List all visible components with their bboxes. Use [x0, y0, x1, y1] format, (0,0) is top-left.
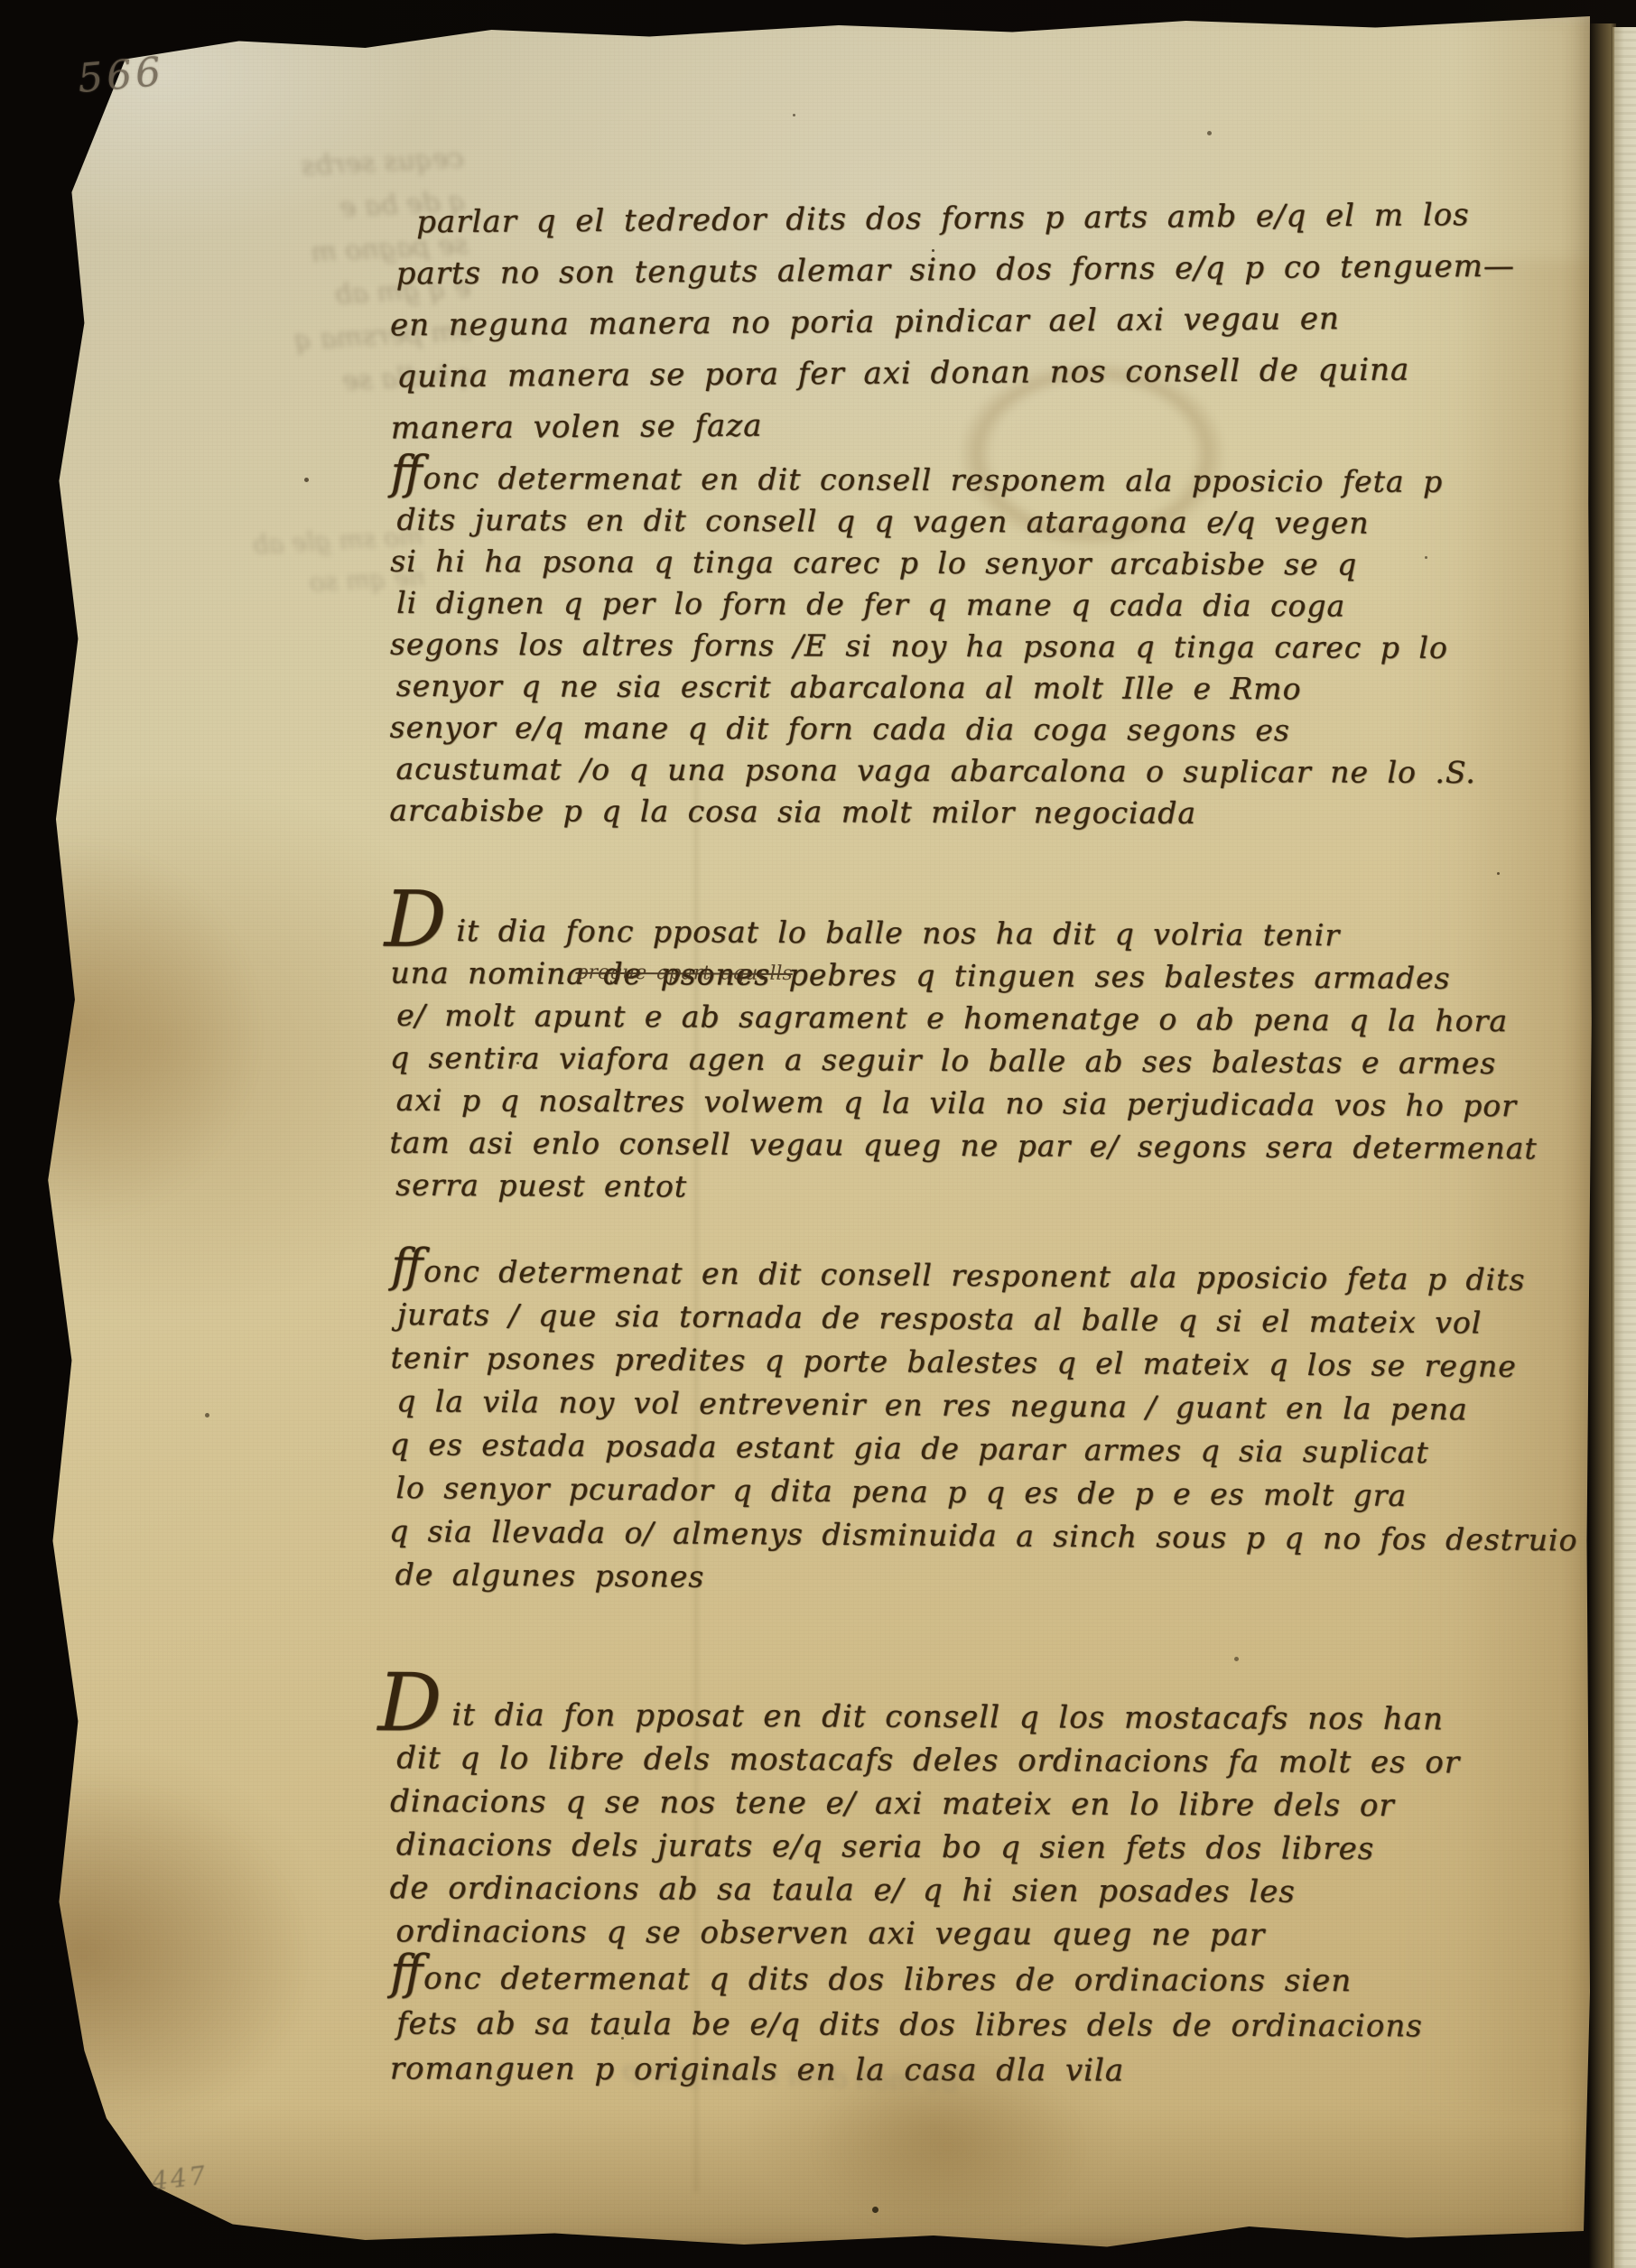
text-layer: parlar q el tedredor dits dos forns p ar… [0, 0, 1636, 2268]
manuscript-line: senyor q ne sia escrit abarcalona al mol… [396, 665, 1537, 711]
interline-correction: pregue apart aquells [575, 952, 793, 995]
manuscript-line: acustumat /o q una psona vaga abarcalona… [395, 748, 1536, 794]
paragraph-initial: D [385, 891, 448, 950]
manuscript-line: de ordinacions ab sa taula e/ q hi sien … [390, 1866, 1537, 1915]
paragraph-6: ffonc determenat q dits dos libres de or… [390, 1950, 1537, 2094]
manuscript-line: q sentira viafora agen a seguir lo balle… [390, 1036, 1537, 1085]
line-text: it dia fonc pposat lo balle nos ha dit q… [456, 913, 1340, 953]
manuscript-line: Dit dia fon pposat en dit consell q los … [390, 1668, 1537, 1742]
paragraph-3: pregue apart aquells Dit dia fonc pposat… [389, 886, 1538, 1213]
manuscript-line: Dit dia fonc pposat lo balle nos ha dit … [397, 886, 1538, 958]
manuscript-line: ffonc determenat en dit consell responem… [391, 453, 1538, 503]
manuscript-line: dinacions q se nos tene e/ axi mateix en… [390, 1780, 1537, 1828]
manuscript-line: li dignen q per lo forn de fer q mane q … [396, 582, 1537, 627]
manuscript-line: ffonc determenat q dits dos libres de or… [390, 1950, 1537, 2003]
line-text: it dia fon pposat en dit consell q los m… [451, 1697, 1444, 1738]
manuscript-line: si hi ha psona q tinga carec p lo senyor… [390, 541, 1537, 586]
manuscript-line: parlar q el tedredor dits dos forns p ar… [389, 190, 1536, 249]
line-text: onc determenat en dit consell responent … [423, 1253, 1526, 1297]
paragraph-2: ffonc determenat en dit consell responem… [389, 453, 1537, 835]
paragraph-initial: ff [391, 447, 420, 500]
manuscript-line: en neguna manera no poria pindicar ael a… [390, 293, 1537, 352]
line-text: onc determenat q dits dos libres de ordi… [423, 1960, 1352, 1999]
paragraph-initial: ff [390, 1945, 420, 2000]
paragraph-initial: ff [391, 1240, 420, 1293]
manuscript-line: arcabisbe p q la cosa sia molt milor neg… [389, 790, 1536, 835]
manuscript-line: parts no son tenguts alemar sino dos for… [395, 241, 1536, 301]
manuscript-line: dits jurats en dit consell q q vagen ata… [396, 499, 1537, 544]
manuscript-line: manera volen se faza [391, 395, 1538, 455]
manuscript-line: tam asi enlo consell vegau queg ne par e… [389, 1121, 1536, 1170]
manuscript-line: e/ molt apunt e ab sagrament e homenatge… [396, 994, 1537, 1043]
manuscript-line: axi p q nosaltres volwem q la vila no si… [396, 1079, 1537, 1128]
manuscript-line: segons los altres forns /E si noy ha pso… [390, 624, 1537, 669]
manuscript-scan: cequs serbs q de ba e se pagno m e q gm … [0, 0, 1636, 2268]
manuscript-line: senyor e/q mane q dit forn cada dia coga… [390, 707, 1537, 752]
paragraph-4: ffonc determenat en dit consell responen… [388, 1245, 1538, 1605]
manuscript-line: romanguen p originals en la casa dla vil… [390, 2046, 1537, 2094]
manuscript-line: serra puest entot [395, 1164, 1536, 1213]
manuscript-line: fets ab sa taula be e/q dits dos libres … [396, 2001, 1537, 2049]
paragraph-1: parlar q el tedredor dits dos forns p ar… [389, 190, 1538, 455]
manuscript-line: una nomina de psones pebres q tinguen se… [390, 952, 1537, 1000]
paragraph-5: Dit dia fon pposat en dit consell q los … [389, 1668, 1537, 1958]
manuscript-line: quina manera se pora fer axi donan nos c… [396, 344, 1537, 404]
line-text: onc determenat en dit consell responem a… [423, 460, 1443, 499]
manuscript-line: dinacions dels jurats e/q seria bo q sie… [396, 1823, 1537, 1872]
manuscript-line: de algunes psones [395, 1553, 1535, 1605]
manuscript-line: dit q lo libre dels mostacafs deles ordi… [396, 1736, 1537, 1785]
paragraph-initial: D [377, 1673, 442, 1734]
